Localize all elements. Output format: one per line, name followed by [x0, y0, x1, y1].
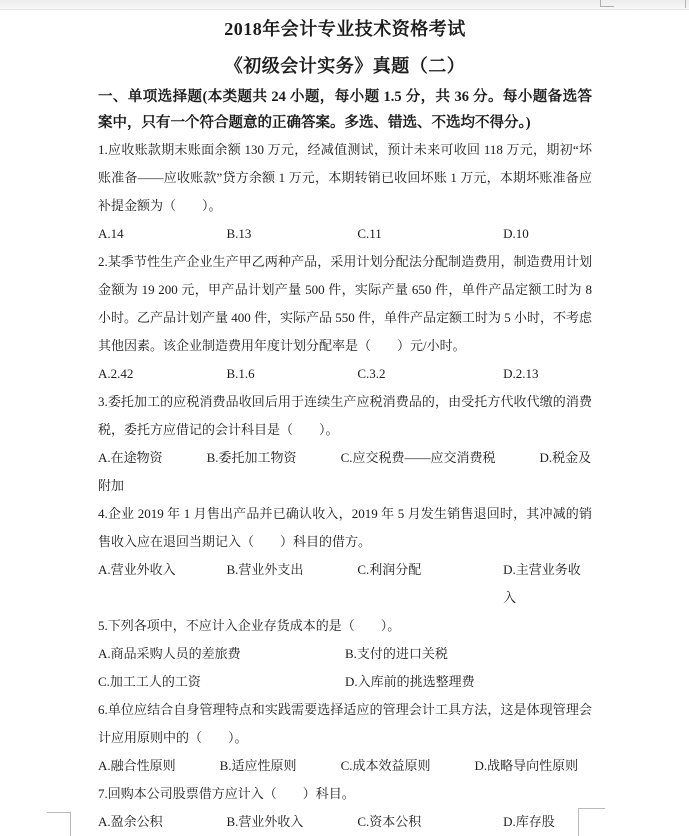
questions: 1.应收账款期末账面余额 130 万元，经减值测试，预计未来可收回 118 万元… — [98, 136, 592, 836]
option-c: C.11 — [357, 220, 503, 248]
option-c: C.应交税费——应交消费税 — [341, 450, 496, 465]
option-b: B.营业外收入 — [226, 808, 357, 836]
question-block: 7.回购本公司股票借方应计入（ ）科目。 A.盈余公积B.营业外收入C.资本公积… — [98, 780, 592, 836]
question-text: 5.下列各项中，不应计入企业存货成本的是（ ）。 — [98, 612, 592, 640]
question-block: 4.企业 2019 年 1 月售出产品并已确认收入，2019 年 5 月发生销售… — [98, 500, 592, 612]
question-block: 5.下列各项中，不应计入企业存货成本的是（ ）。 A.商品采购人员的差旅费B.支… — [98, 612, 592, 696]
page-corner-mark — [685, 0, 689, 8]
option-d: D.入库前的挑选整理费 — [345, 668, 592, 696]
option-c: C.3.2 — [357, 360, 503, 388]
question-block: 2.某季节性生产企业生产甲乙两种产品，采用计划分配法分配制造费用，制造费用计划金… — [98, 248, 592, 388]
question-options: A.商品采购人员的差旅费B.支付的进口关税C.加工工人的工资D.入库前的挑选整理… — [98, 640, 592, 696]
option-b: B.13 — [226, 220, 357, 248]
question-block: 6.单位应结合自身管理特点和实践需要选择适应的管理会计工具方法，这是体现管理会计… — [98, 696, 592, 780]
option-a: A.融合性原则 — [98, 758, 176, 773]
page-corner-mark — [47, 812, 71, 836]
option-a: A.14 — [98, 220, 226, 248]
document-page: 2018年会计专业技术资格考试 《初级会计实务》真题（二） 一、单项选择题(本类… — [0, 0, 689, 836]
option-d: D.主营业务收入 — [503, 556, 592, 612]
option-d: D.战略导向性原则 — [474, 758, 578, 773]
option-c: C.加工工人的工资 — [98, 668, 345, 696]
question-options: A.盈余公积B.营业外收入C.资本公积D.库存股 — [98, 808, 592, 836]
question-options: A.2.42B.1.6C.3.2D.2.13 — [98, 360, 592, 388]
question-text: 1.应收账款期末账面余额 130 万元，经减值测试，预计未来可收回 118 万元… — [98, 136, 592, 220]
exam-title-line1: 2018年会计专业技术资格考试 — [98, 10, 592, 47]
question-text: 7.回购本公司股票借方应计入（ ）科目。 — [98, 780, 592, 808]
option-a: A.商品采购人员的差旅费 — [98, 640, 345, 668]
section-header: 一、单项选择题(本类题共 24 小题，每小题 1.5 分，共 36 分。每小题备… — [98, 84, 592, 136]
option-d: D.2.13 — [503, 360, 592, 388]
exam-title-line2: 《初级会计实务》真题（二） — [98, 47, 592, 84]
question-text: 6.单位应结合自身管理特点和实践需要选择适应的管理会计工具方法，这是体现管理会计… — [98, 696, 592, 752]
question-text: 4.企业 2019 年 1 月售出产品并已确认收入，2019 年 5 月发生销售… — [98, 500, 592, 556]
page-content: 2018年会计专业技术资格考试 《初级会计实务》真题（二） 一、单项选择题(本类… — [98, 10, 592, 836]
question-options: A.营业外收入B.营业外支出C.利润分配D.主营业务收入 — [98, 556, 592, 612]
option-c: C.成本效益原则 — [341, 758, 431, 773]
option-b: B.支付的进口关税 — [345, 640, 592, 668]
question-options: A.在途物资B.委托加工物资C.应交税费——应交消费税D.税金及附加 — [98, 444, 592, 500]
option-c: C.资本公积 — [357, 808, 503, 836]
option-b: B.营业外支出 — [226, 556, 357, 612]
question-block: 1.应收账款期末账面余额 130 万元，经减值测试，预计未来可收回 118 万元… — [98, 136, 592, 248]
question-options: A.融合性原则B.适应性原则C.成本效益原则D.战略导向性原则 — [98, 752, 592, 780]
option-b: B.适应性原则 — [220, 758, 297, 773]
question-options: A.14B.13C.11D.10 — [98, 220, 592, 248]
option-a: A.营业外收入 — [98, 556, 226, 612]
option-a: A.在途物资 — [98, 450, 163, 465]
question-text: 3.委托加工的应税消费品收回后用于连续生产应税消费品的，由受托方代收代缴的消费税… — [98, 388, 592, 444]
page-corner-mark — [600, 0, 614, 7]
option-b: B.委托加工物资 — [207, 450, 297, 465]
question-block: 3.委托加工的应税消费品收回后用于连续生产应税消费品的，由受托方代收代缴的消费税… — [98, 388, 592, 500]
option-d: D.库存股 — [503, 808, 592, 836]
option-d: D.10 — [503, 220, 592, 248]
option-c: C.利润分配 — [357, 556, 503, 612]
question-text: 2.某季节性生产企业生产甲乙两种产品，采用计划分配法分配制造费用，制造费用计划金… — [98, 248, 592, 360]
option-a: A.盈余公积 — [98, 808, 226, 836]
option-b: B.1.6 — [226, 360, 357, 388]
page-gap-strip — [0, 0, 689, 10]
option-a: A.2.42 — [98, 360, 226, 388]
